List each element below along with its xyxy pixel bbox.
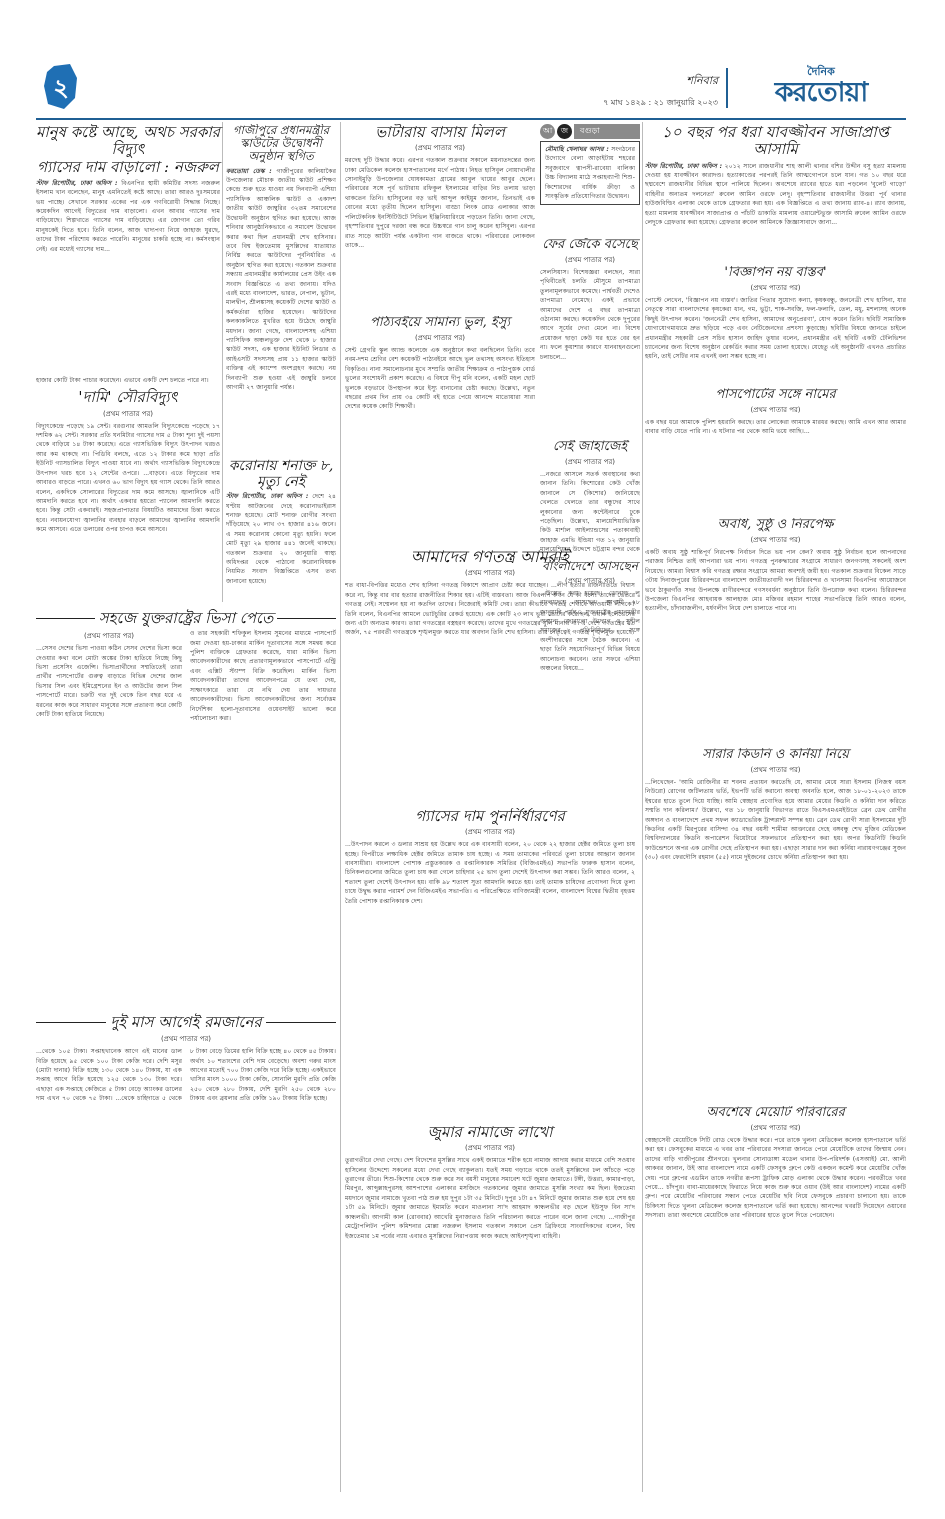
article-democracy: আমাদের গণতন্ত্র আমরাই (প্রথম পাতার পর) শ… bbox=[345, 548, 635, 803]
headline: ফের জেঁকে বসেছে bbox=[540, 238, 640, 253]
headline: অবাধ, সুষ্ঠু ও নিরপেক্ষ bbox=[645, 518, 906, 533]
tag-label: বগুড়া bbox=[574, 124, 640, 139]
headline: পাসপোর্টের সঙ্গে নামের bbox=[645, 388, 906, 403]
aaj-bogura-tag: আ জ বগুড়া bbox=[540, 124, 640, 139]
continued-label: (প্রথম পাতার পর) bbox=[645, 404, 906, 416]
newspaper-page: ২ শনিবার ৭ মাঘ ১৪২৯ : ২১ জানুয়ারি ২০২৩ … bbox=[0, 0, 945, 1519]
article-body: সেলসিয়াস। বিশেষজ্ঞরা বলছেন, সারা পৃথিবী… bbox=[540, 268, 640, 362]
ruled-headline: দুই মাস আগেই রমজানের bbox=[36, 1014, 336, 1031]
article-body: একটি অবাধ সুষ্ঠু শান্তিপূর্ণ নিরপেক্ষ নি… bbox=[645, 548, 906, 614]
headline: আমাদের গণতন্ত্র আমরাই bbox=[345, 548, 635, 566]
article-cold-wave: ফের জেঁকে বসেছে (প্রথম পাতার পর) সেলসিয়… bbox=[540, 238, 640, 438]
continued-label: (প্রথম পাতার পর) bbox=[645, 282, 906, 294]
article-not-ad: 'বিজ্ঞাপন নয় বাস্তব' (প্রথম পাতার পর) প… bbox=[645, 266, 906, 366]
headline: গ্যাসের দাম পুনর্নির্ধারণের bbox=[345, 808, 635, 825]
article-kidney: সারার কিডনি ও কর্নিয়া নিয়ে (প্রথম পাতা… bbox=[645, 748, 906, 1098]
event-title: মৌমাছি খেলাঘর আসর : bbox=[545, 146, 609, 153]
article-body: এক বছর ধরে আমাকে পুলিশ হয়রানি করছে। তার… bbox=[645, 418, 906, 437]
headline: 'দামি' সৌরবিদ্যুৎ bbox=[36, 389, 220, 406]
headline: গাজীপুরে প্রধানমন্ত্রীর স্কাউটের উদ্বোধন… bbox=[226, 124, 336, 164]
article-body: ...উৎপাদন করলে ৩ ডলার সাশ্রয় হয় উল্লেখ… bbox=[345, 840, 635, 906]
masthead-rule bbox=[36, 118, 906, 120]
continued-label: (প্রথম পাতার পর) bbox=[345, 1142, 635, 1154]
tag-circle: জ bbox=[557, 124, 572, 139]
byline: করতোয়া ডেস্ক : bbox=[226, 168, 272, 175]
article-body: করতোয়া ডেস্ক : গাজীপুরের কালিয়াকৈর উপজ… bbox=[226, 167, 336, 393]
headline: সহজে যুক্তরাষ্ট্রের ভিসা পেতে bbox=[99, 610, 273, 627]
continued-label: (প্রথম পাতার পর) bbox=[345, 826, 635, 838]
article-daami-solar: হাজার কোটি টাকা পাচার করেছেন। এভাবে একটি… bbox=[36, 376, 220, 606]
continued-label: (প্রথম পাতার পর) bbox=[645, 534, 906, 546]
headline: মানুষ কষ্টে আছে, অথচ সরকার বিদ্যুৎ bbox=[36, 124, 220, 159]
continued-label: (প্রথম পাতার পর) bbox=[645, 1122, 906, 1134]
aaj-bogura-box: আ জ বগুড়া মৌমাছি খেলাঘর আসর : সংগঠনের উ… bbox=[540, 124, 640, 234]
byline: স্টাফ রিপোর্টার, ঢাকা অফিস : bbox=[645, 163, 722, 170]
article-us-visa: সহজে যুক্তরাষ্ট্রের ভিসা পেতে (প্রথম পাত… bbox=[36, 606, 336, 936]
article-body: ...নজরে আসলে সতর্ক অবস্থানের কথা জানান ত… bbox=[540, 470, 640, 560]
continued-label: (প্রথম পাতার পর) bbox=[345, 142, 535, 154]
continued-label: (প্রথম পাতার পর) bbox=[36, 1033, 336, 1045]
column-divider bbox=[340, 122, 341, 1492]
newspaper-logo: দৈনিক করতোয়া bbox=[736, 66, 906, 108]
masthead: ২ শনিবার ৭ মাঘ ১৪২৯ : ২১ জানুয়ারি ২০২৩ … bbox=[36, 60, 906, 116]
article-ramadan-prices: দুই মাস আগেই রমজানের (প্রথম পাতার পর) ..… bbox=[36, 1010, 336, 1490]
article-body: পোস্টে লেখেন, 'বিজ্ঞাপন নয় বাস্তব'। জাত… bbox=[645, 296, 906, 362]
article-body: স্টাফ রিপোর্টার, ঢাকা অফিস : বিএনপির স্থ… bbox=[36, 179, 220, 254]
continued-label: (প্রথম পাতার পর) bbox=[540, 254, 640, 266]
article-corona: করোনায় শনাক্ত ৮, মৃত্যু নেই স্টাফ রিপোর… bbox=[226, 458, 336, 603]
headline: পাঠ্যবইয়ে সামান্য ভুল, ইস্যু bbox=[345, 316, 535, 331]
continued-label: (প্রথম পাতার পর) bbox=[36, 630, 182, 642]
article-fair-election: অবাধ, সুষ্ঠু ও নিরপেক্ষ (প্রথম পাতার পর)… bbox=[645, 518, 906, 738]
article-textbook: পাঠ্যবইয়ে সামান্য ভুল, ইস্যু (প্রথম পাত… bbox=[345, 316, 535, 546]
page-number-icon: ২ bbox=[44, 64, 78, 110]
continued-label: (প্রথম পাতার পর) bbox=[540, 456, 640, 468]
continued-label: (প্রথম পাতার পর) bbox=[645, 764, 906, 776]
article-bhatara: ভাটারায় বাসায় মিলল (প্রথম পাতার পর) মর… bbox=[345, 124, 535, 314]
article-gas-price: গ্যাসের দাম পুনর্নির্ধারণের (প্রথম পাতার… bbox=[345, 808, 635, 1138]
article-body: বিদ্যুৎকেন্দ্রে পড়েছে ১৯ সেন্ট। বরগুনার… bbox=[36, 422, 220, 535]
article-ship: সেই জাহাজেই (প্রথম পাতার পর) ...নজরে আসল… bbox=[540, 440, 640, 560]
headline: 'বিজ্ঞাপন নয় বাস্তব' bbox=[645, 266, 906, 281]
svg-text:২: ২ bbox=[53, 74, 69, 102]
article-body: স্টাফ রিপোর্টার, ঢাকা অফিস : ২০১২ সালে র… bbox=[645, 162, 906, 228]
page-number-badge: ২ bbox=[44, 64, 78, 110]
logo-title: করতোয়া bbox=[736, 78, 906, 108]
headline: গ্যাসের দাম বাড়ালো : নজরুল bbox=[36, 159, 220, 176]
headline: জুমার নামাজে লাখো bbox=[345, 1124, 635, 1141]
headline: করোনায় শনাক্ত ৮, মৃত্যু নেই bbox=[226, 458, 336, 490]
article-body: শত বাধা-বিপত্তির মধ্যেও শেখ হাসিনা গণতন্… bbox=[345, 581, 635, 637]
article-jumma: জুমার নামাজে লাখো (প্রথম পাতার পর) তুরাগ… bbox=[345, 1124, 635, 1494]
ruled-headline: সহজে যুক্তরাষ্ট্রের ভিসা পেতে bbox=[36, 610, 336, 627]
continued-label: (প্রথম পাতার পর) bbox=[36, 408, 220, 420]
headline: ভাটারায় বাসায় মিলল bbox=[345, 124, 535, 141]
previous-article-tail: হাজার কোটি টাকা পাচার করেছেন। এভাবে একটি… bbox=[36, 376, 220, 385]
article-girl-family: অবশেষে মেয়েটি পরিবারের (প্রথম পাতার পর)… bbox=[645, 1106, 906, 1491]
continued-label: (প্রথম পাতার পর) bbox=[345, 567, 635, 579]
article-passport: পাসপোর্টের সঙ্গে নামের (প্রথম পাতার পর) … bbox=[645, 388, 906, 528]
date-line: ৭ মাঘ ১৪২৯ : ২১ জানুয়ারি ২০২৩ bbox=[603, 97, 718, 110]
headline: সারার কিডনি ও কর্নিয়া নিয়ে bbox=[645, 748, 906, 763]
article-body: স্টাফ রিপোর্টার, ঢাকা অফিস : দেশে ২৪ ঘণ্… bbox=[226, 492, 336, 586]
headline: ১০ বছর পর ধরা যাবজ্জীবন সাজাপ্রাপ্ত আসাম… bbox=[645, 124, 906, 159]
masthead-divider bbox=[726, 68, 728, 108]
article-body: মরদেহ দুটি উদ্ধার করে। এরপর গতকাল শুক্রব… bbox=[345, 156, 535, 250]
article-body: সেন্ট গ্রেগরি স্কুল অ্যান্ড কলেজে এক অনু… bbox=[345, 346, 535, 412]
continued-label: (প্রথম পাতার পর) bbox=[345, 332, 535, 344]
article-body: ও তার সহকারী শফিকুল ইসলাম সুমনের মাধ্যমে… bbox=[190, 629, 336, 723]
article-body: ...থেকে ১০৫ টাকা। সপ্তাহখানেক আগে এই মান… bbox=[36, 1047, 336, 1103]
byline: স্টাফ রিপোর্টার, ঢাকা অফিস : bbox=[36, 180, 118, 187]
article-body: ...লিখেছেন- 'আমি রোজিনীর মা শবনম প্রত্যয… bbox=[645, 778, 906, 863]
article-gazipur: গাজীপুরে প্রধানমন্ত্রীর স্কাউটের উদ্বোধন… bbox=[226, 124, 336, 444]
headline: অবশেষে মেয়েটি পরিবারের bbox=[645, 1106, 906, 1121]
column-divider bbox=[642, 122, 643, 1492]
weekday: শনিবার bbox=[603, 72, 718, 91]
article-body: তুরাগতীরে দেখা গেছে। দেশ বিদেশের মুসল্লি… bbox=[345, 1156, 635, 1241]
article-body: স্বেচ্ছাসেবী মেয়েটিকে সিটি রোড থেকে উদ্… bbox=[645, 1136, 906, 1221]
byline: স্টাফ রিপোর্টার, ঢাকা অফিস : bbox=[226, 493, 308, 500]
date-block: শনিবার ৭ মাঘ ১৪২৯ : ২১ জানুয়ারি ২০২৩ bbox=[603, 72, 718, 110]
article-body: ...সেসব দেশের ভিসা পাওয়া কঠিন সেসব দেশে… bbox=[36, 644, 182, 719]
event-notice: মৌমাছি খেলাঘর আসর : সংগঠনের উদ্যোগে বেলা… bbox=[540, 141, 640, 205]
tag-circle: আ bbox=[540, 124, 555, 139]
article-ten-years: ১০ বছর পর ধরা যাবজ্জীবন সাজাপ্রাপ্ত আসাম… bbox=[645, 124, 906, 274]
headline: দুই মাস আগেই রমজানের bbox=[110, 1014, 261, 1031]
headline: সেই জাহাজেই bbox=[540, 440, 640, 455]
